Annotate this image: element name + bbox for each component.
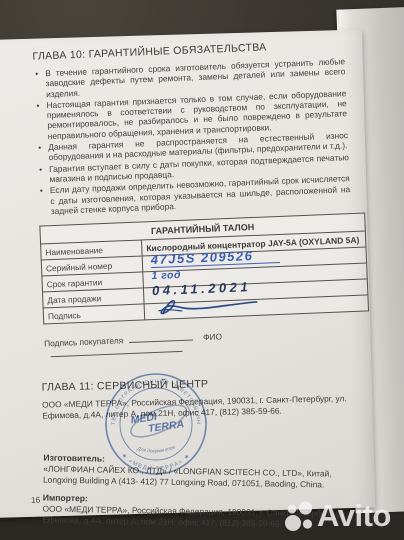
stamp-ring-text-bottom: ★ «МЕДИ ТЕРРА» ★ (120, 452, 192, 473)
buyer-signature-blank (129, 332, 193, 344)
warranty-page-photo: ГЛАВА 10: ГАРАНТИЙНЫЕ ОБЯЗАТЕЛЬСТВА В те… (0, 0, 404, 540)
signature-scribble (148, 293, 269, 324)
warranty-terms-list: В течение гарантийного срока изготовител… (33, 56, 351, 217)
svg-text:★ «МЕДИ ТЕРРА» ★: ★ «МЕДИ ТЕРРА» ★ (120, 452, 192, 473)
buyer-signature-line: Подпись покупателяФИО (44, 325, 357, 360)
warranty-card-table: ГАРАНТИЙНЫЙ ТАЛОН Наименование Кислородн… (39, 213, 369, 325)
avito-watermark: Avito (283, 499, 391, 533)
stamp-subtext: Для документов (135, 444, 176, 454)
company-stamp: ОБЩЕСТВО С ОГРАНИЧЕННОЙ ОТВЕТСТВЕННОСТЬЮ… (94, 362, 218, 486)
page-number: 16 (31, 495, 41, 505)
warranty-section: ГЛАВА 10: ГАРАНТИЙНЫЕ ОБЯЗАТЕЛЬСТВА В те… (32, 38, 356, 359)
stamp-logo: MEDI TERRA (124, 398, 192, 444)
avito-logo-dots-icon (283, 500, 315, 533)
avito-wordmark: Avito (317, 499, 391, 533)
buyer-name-label: ФИО (203, 331, 222, 342)
row-label: Подпись (43, 304, 145, 324)
svg-text:Для документов: Для документов (135, 444, 176, 454)
warranty-term-handwritten: 1 год (151, 269, 181, 282)
